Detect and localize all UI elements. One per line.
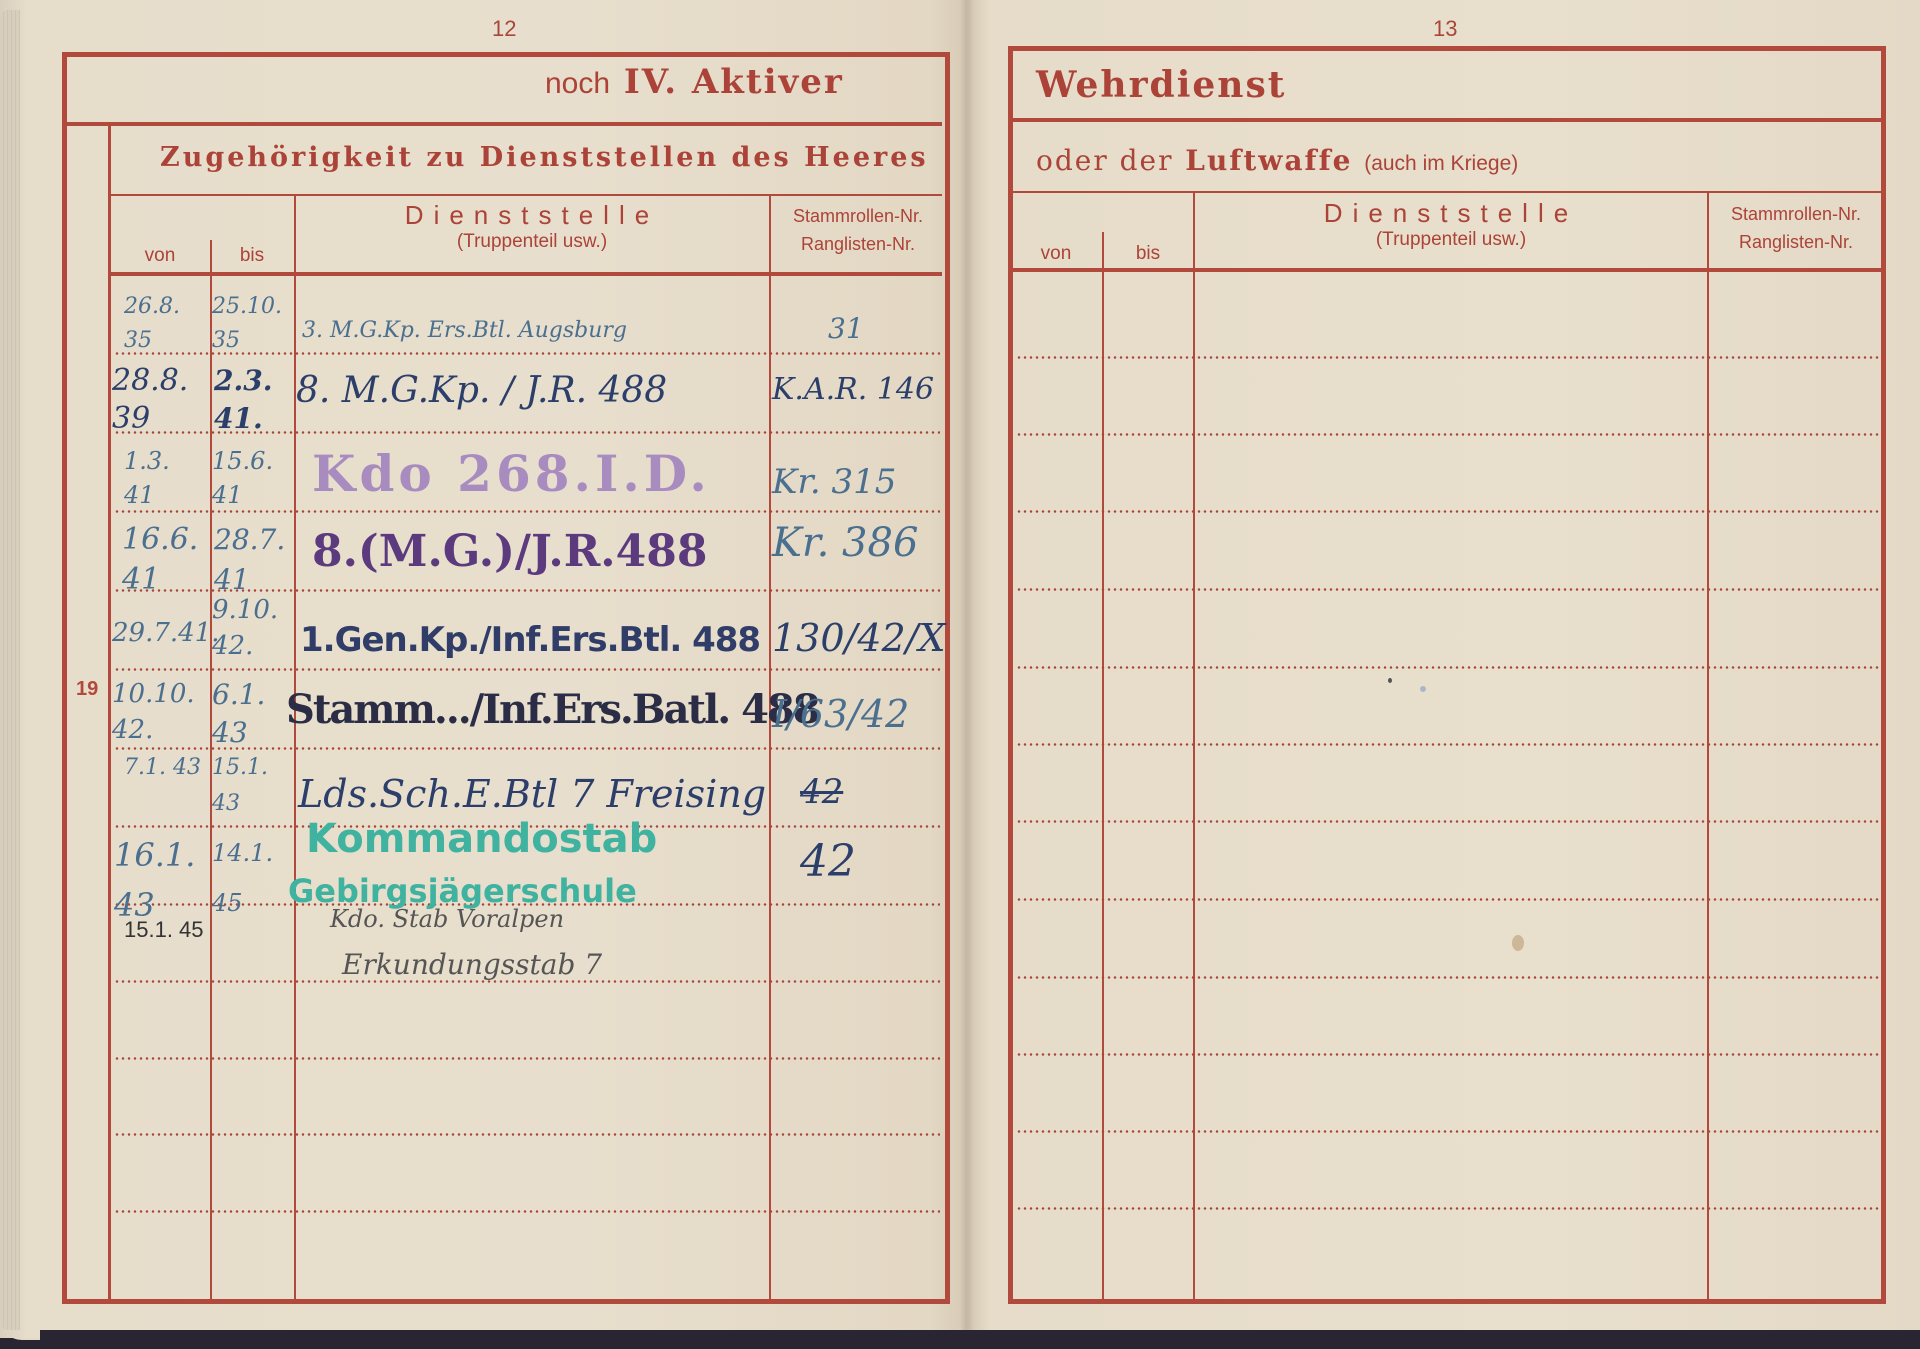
- left-page-title: noch IV. Aktiver: [545, 62, 844, 102]
- right-title-divider: [1010, 118, 1884, 122]
- book-gutter: [960, 0, 974, 1338]
- ink-speck: [1388, 678, 1392, 683]
- col-header-bis: bis: [212, 245, 292, 267]
- entry-von: 16.6. 41: [122, 520, 208, 600]
- right-page-subtitle: oder der Luftwaffe (auch im Kriege): [1036, 144, 1518, 177]
- left-subtitle-divider: [108, 194, 942, 196]
- background-surface: [40, 1330, 1920, 1349]
- entry-dienststelle-stamp: 8.(M.G.)/J.R.488: [312, 526, 707, 577]
- entry-bis: 2.3. 41.: [214, 362, 294, 438]
- entry-nr: Kr. 315: [772, 462, 896, 502]
- page-number-right: 13: [1433, 16, 1457, 42]
- right-von-bis-line: [1102, 232, 1104, 1302]
- entry-dienststelle: 3. M.G.Kp. Ers.Btl. Augsburg: [302, 318, 627, 343]
- left-margin-column-line: [108, 124, 111, 1302]
- entry-bis: 9.10. 42.: [212, 592, 292, 664]
- entry-dienststelle-line1: Kdo. Stab Voralpen: [330, 905, 564, 933]
- entry-nr: 130/42/X: [772, 616, 946, 660]
- col-header-nr: Stammrollen-Nr. Ranglisten-Nr.: [772, 202, 944, 258]
- entry-von: 29.7.41.: [112, 618, 220, 648]
- title-main: IV. Aktiver: [624, 62, 844, 102]
- entry-bis: 15.6. 41: [212, 444, 292, 512]
- open-booklet: 12 noch IV. Aktiver Zugehörigkeit zu Die…: [0, 0, 1920, 1340]
- entry-von: 1.3. 41: [124, 444, 204, 512]
- entry-von: 10.10. 42.: [112, 676, 208, 748]
- col-header-von: von: [1012, 243, 1100, 265]
- entry-dienststelle-stamp: Stamm.../Inf.Ers.Batl. 488: [286, 686, 819, 733]
- col-header-dienststelle: Dienststelle (Truppenteil usw.): [296, 200, 768, 253]
- right-header-divider: [1010, 268, 1884, 272]
- entry-dienststelle: 8. M.G.Kp. / J.R. 488: [296, 370, 667, 411]
- entry-bis: 6.1. 43: [212, 676, 292, 752]
- right-page-title: Wehrdienst: [1036, 64, 1286, 106]
- entry-bis: 25.10. 35: [212, 290, 292, 358]
- left-page-subtitle: Zugehörigkeit zu Dienststellen des Heere…: [160, 142, 929, 173]
- col-header-von: von: [112, 245, 208, 267]
- entry-dienststelle-stamp: 1.Gen.Kp./Inf.Ers.Btl. 488: [300, 620, 760, 660]
- right-subtitle-divider: [1010, 191, 1884, 193]
- entry-bis: 28.7. 41: [214, 520, 294, 600]
- right-bis-dienst-line: [1193, 193, 1195, 1302]
- left-title-divider: [62, 122, 942, 126]
- entry-bis: 15.1. 43: [212, 750, 292, 822]
- entry-dienststelle-stamp: Kdo 268.I.D.: [312, 444, 711, 503]
- entry-bis: 14.1. 45: [212, 828, 292, 928]
- left-header-divider: [108, 272, 942, 276]
- col-header-bis: bis: [1104, 243, 1192, 265]
- entry-nr: Kr. 386: [772, 520, 918, 566]
- entry-von: 28.8. 39: [112, 362, 208, 438]
- entry-von: 15.1. 45: [124, 908, 204, 952]
- entry-nr: K.A.R. 146: [772, 372, 934, 407]
- entry-dienststelle-line2: Erkundungsstab 7: [342, 948, 602, 981]
- entry-nr: I/63/42: [772, 692, 909, 736]
- entry-dienststelle-stamp-line1: Kommandostab: [306, 816, 657, 862]
- right-dienst-nr-line: [1707, 193, 1709, 1302]
- entry-dienststelle: Lds.Sch.E.Btl 7 Freising: [298, 772, 766, 816]
- title-prefix: noch: [545, 67, 610, 100]
- margin-number: 19: [76, 678, 98, 701]
- entry-nr-struck: 42: [800, 772, 843, 812]
- col-header-dienststelle: Dienststelle (Truppenteil usw.): [1196, 198, 1706, 251]
- entry-nr: 31: [828, 312, 864, 345]
- entry-von: 7.1. 43: [124, 750, 204, 786]
- col-header-nr: Stammrollen-Nr. Ranglisten-Nr.: [1710, 200, 1882, 256]
- page-number-left: 12: [492, 16, 516, 42]
- page-edges: [0, 10, 20, 1330]
- ink-speck: [1420, 686, 1426, 692]
- entry-nr: 42: [800, 836, 856, 887]
- entry-von: 26.8. 35: [124, 290, 204, 358]
